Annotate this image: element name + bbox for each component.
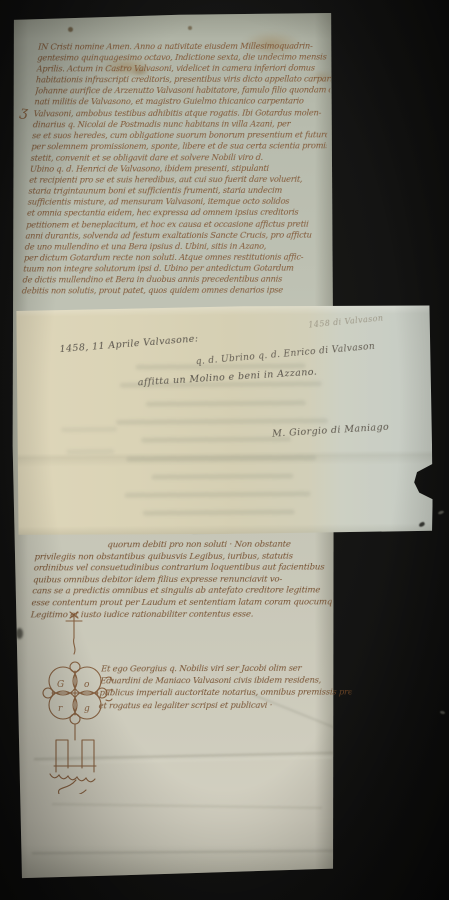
faint-annotation: 1458 di Valvason (308, 313, 384, 329)
manuscript-line: quorum debiti pro non soluti · Non obsta… (35, 539, 336, 552)
manuscript-line: et omnia spectantia eidem, hec expressa … (27, 207, 323, 219)
manuscript-line: petitionem et beneplacitum, et hoc ex ca… (26, 218, 322, 230)
tear-edge-mark (418, 521, 425, 527)
signum-letter-tr: o (84, 680, 90, 690)
manuscript-line: Et ego Georgius q. Nobilis viri ser Jaco… (101, 662, 354, 675)
archival-note-slip: 1458 di Valvason 1458, 11 Aprile Valvaso… (15, 304, 433, 535)
photo-of-archival-document: IN Cristi nomine Amen. Anno a nativitate… (0, 0, 449, 900)
manuscript-line: per dictum Gotardum recte non soluti. At… (24, 251, 320, 263)
manuscript-line: et rogatus ea legaliter scripsi et publi… (98, 698, 351, 711)
manuscript-line: Valvasoni, ambobus testibus adhibitis at… (33, 107, 329, 119)
notary-signum-icon: G o r g (36, 608, 114, 794)
signum-letter-tl: G (57, 680, 64, 690)
manuscript-line: anni durantis, solvenda ad festum exalta… (25, 229, 321, 241)
manuscript-line: debitis non solutis, prout patet, quos q… (21, 285, 317, 297)
signum-letter-br: g (84, 704, 90, 714)
dust-speck (440, 710, 446, 714)
latin-text-block-upper: IN Cristi nomine Amen. Anno a nativitate… (21, 40, 333, 296)
manuscript-line: privilegiis non obstantibus quibusvis Le… (34, 551, 335, 564)
manuscript-line: per solemnem promissionem, sponte, liber… (31, 140, 327, 152)
manuscript-line: nati militis de Valvasono, et magistro G… (34, 96, 330, 108)
manuscript-line: se et suos heredes, cum obligatione suor… (32, 129, 328, 141)
manuscript-line: ordinibus vel consuetudinibus contrarium… (33, 563, 334, 576)
manuscript-line: cans se a predictis omnibus et singulis … (32, 586, 333, 599)
signum-letter-bl: r (58, 704, 63, 714)
dust-speck (438, 510, 445, 515)
manuscript-line: publicus imperiali auctoritate notarius,… (99, 686, 352, 699)
date-annotation: 1458, 11 Aprile Valvasone: (59, 333, 199, 355)
notary-subscription-block: Et ego Georgius q. Nobilis viri ser Jaco… (98, 662, 353, 712)
manuscript-line: quibus omnibus debitor idem filius expre… (33, 574, 334, 587)
manuscript-line: dinarius q. Nicolai de Postmadis nunc ha… (33, 118, 329, 130)
manuscript-line: Eduardini de Maniaco Valvasoni civis ibi… (100, 674, 353, 687)
